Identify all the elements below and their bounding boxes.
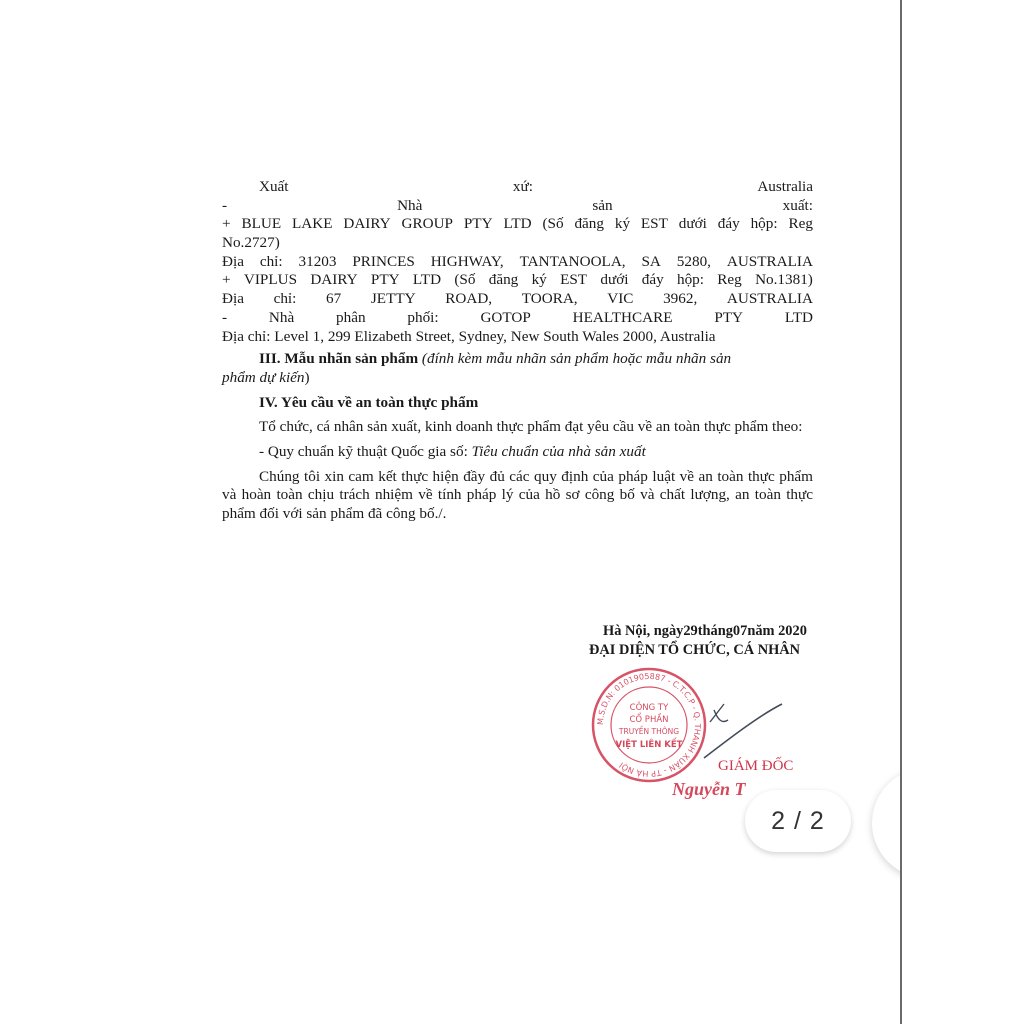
signature-role: ĐẠI DIỆN TỔ CHỨC, CÁ NHÂN (589, 641, 807, 660)
producer2-line: + VIPLUS DAIRY PTY LTD (Số đăng ký EST d… (222, 271, 813, 290)
origin-line: Xuất xứ: Australia (222, 178, 813, 197)
section-3-title: III. Mẫu nhãn sản phẩm (259, 350, 418, 367)
producer1-reg-number: No.2727) (222, 234, 813, 253)
distributor-address: Địa chỉ: Level 1, 299 Elizabeth Street, … (222, 328, 813, 347)
section-3-note: (đính kèm mẫu nhãn sản phẩm hoặc mẫu nhã… (422, 350, 731, 367)
section-3-note-cont: phẩm dự kiến (222, 369, 305, 386)
viewer-divider (900, 0, 902, 1024)
svg-text:CÔNG TY: CÔNG TY (630, 701, 669, 713)
standard-value: Tiêu chuẩn của nhà sản xuất (472, 443, 646, 460)
svg-text:VIỆT LIÊN KẾT: VIỆT LIÊN KẾT (616, 737, 683, 750)
signature-date: Hà Nội, ngày29tháng07năm 2020 (589, 622, 807, 641)
page-counter: 2 / 2 (745, 790, 851, 852)
standard-line: - Quy chuẩn kỹ thuật Quốc gia số: Tiêu c… (222, 443, 813, 462)
producer-heading-line: - Nhà sản xuất: (222, 197, 813, 216)
signature-block: Hà Nội, ngày29tháng07năm 2020 ĐẠI DIỆN T… (589, 622, 807, 660)
producer1-address: Địa chỉ: 31203 PRINCES HIGHWAY, TANTANOO… (222, 253, 813, 272)
commitment-paragraph: Chúng tôi xin cam kết thực hiện đầy đủ c… (222, 468, 813, 524)
section-4-title: IV. Yêu cầu về an toàn thực phẩm (222, 394, 813, 413)
svg-text:CỔ PHẦN: CỔ PHẦN (629, 712, 668, 725)
producer2-address: Địa chỉ: 67 JETTY ROAD, TOORA, VIC 3962,… (222, 290, 813, 309)
company-stamp-icon: M.S.D.N: 0101905887 - C.T.C.P - Q. THANH… (590, 666, 708, 784)
standard-label: - Quy chuẩn kỹ thuật Quốc gia số: (259, 443, 472, 460)
director-name: Nguyễn T (672, 779, 746, 800)
next-page-button[interactable] (872, 768, 982, 878)
svg-text:TRUYỀN THÔNG: TRUYỀN THÔNG (618, 726, 679, 736)
producer1-line: + BLUE LAKE DAIRY GROUP PTY LTD (Số đăng… (222, 215, 813, 234)
image-viewer: Xuất xứ: Australia - Nhà sản xuất: + BLU… (0, 0, 1024, 1024)
document-body: Xuất xứ: Australia - Nhà sản xuất: + BLU… (222, 178, 813, 524)
section-3: III. Mẫu nhãn sản phẩm (đính kèm mẫu nhã… (222, 350, 813, 387)
director-title: GIÁM ĐỐC (718, 758, 793, 775)
handwritten-signature-icon (700, 690, 800, 760)
document-page: Xuất xứ: Australia - Nhà sản xuất: + BLU… (0, 0, 900, 1024)
section-4-paragraph: Tổ chức, cá nhân sản xuất, kinh doanh th… (222, 418, 813, 437)
distributor-line: - Nhà phân phối: GOTOP HEALTHCARE PTY LT… (222, 309, 813, 328)
